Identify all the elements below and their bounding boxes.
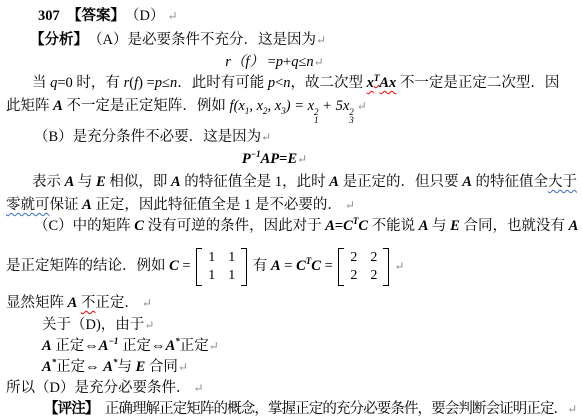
text-line: 307 【答案】 （D） ↵ [6, 6, 583, 27]
matrix-cell: 1 [208, 269, 215, 283]
text-run: 的特征值全是 1，此时 [181, 174, 330, 190]
paragraph-mark: ↵ [164, 9, 177, 23]
matrix-cell: 1 [208, 251, 215, 265]
text-run: 307 [38, 8, 60, 24]
text-run: 显然矩阵 [6, 295, 68, 311]
text-run: ≤ [162, 75, 170, 91]
text-run: A [166, 338, 176, 354]
text-run: =0 时，有 [57, 75, 123, 91]
text-line: 【评注】 正确理解正定矩阵的概念，掌握正定的充分必要条件，要会判断会证明正定．↵ [6, 399, 583, 418]
text-run: AP [261, 151, 280, 167]
text-run: E [450, 218, 460, 234]
paragraph-mark: ↵ [190, 381, 203, 395]
text-run: 不一定是正定矩阵．例如 [63, 98, 230, 114]
text-run: 不能说 [368, 218, 419, 234]
text-line: r（f） =p+q≤n↵ [6, 52, 583, 73]
matrix-cell: 2 [370, 269, 377, 283]
text-run: 零就可 [6, 197, 50, 213]
paragraph-mark: ↵ [297, 152, 307, 166]
text-line: 【分析】 （A）是必要条件不充分．这是因为↵ [6, 30, 583, 51]
text-line: 此矩阵 A 不一定是正定矩阵．例如 f(x1, x2, x3) = x21 + … [6, 96, 583, 117]
text-run: x [367, 75, 374, 91]
text-run: A [419, 218, 429, 234]
text-run: 与 [117, 359, 135, 375]
text-run: = [264, 54, 276, 70]
text-run: A [53, 98, 63, 114]
text-run: 【评注】 [44, 401, 91, 417]
text-line: 是正定矩阵的结论．例如 C = 1111 有 A = CTC = 2222 ↵ [6, 242, 583, 290]
text-run: A [103, 359, 113, 375]
text-run: A [462, 174, 472, 190]
text-run: Ax [379, 75, 396, 91]
matrix-cell: 2 [350, 251, 357, 265]
text-run: 正定，因此特征值全是 1 是不必要的． [92, 197, 342, 213]
text-line: 所以（D）是充分必要条件． ↵ [6, 378, 583, 399]
text-line: 表示 A 与 E 相似，即 A 的特征值全是 1，此时 A 是正定的．但只要 A… [6, 172, 583, 193]
text-run: （C）中的矩阵 [34, 218, 134, 234]
text-run: 【分析】 [30, 32, 81, 48]
matrix-cell: 2 [370, 251, 377, 265]
text-run: = [179, 258, 194, 274]
matrix: 1111 [196, 248, 247, 286]
text-run: A [271, 258, 281, 274]
text-run: , [268, 98, 275, 114]
text-run: 合同 [145, 359, 178, 375]
text-run: A [171, 174, 181, 190]
text-run: A [569, 218, 579, 234]
text-run: 与 [74, 174, 96, 190]
matrix-cell: 2 [350, 269, 357, 283]
document-page: 307 【答案】 （D） ↵【分析】 （A）是必要条件不充分．这是因为↵r（f）… [0, 0, 583, 418]
text-run: = [321, 258, 336, 274]
text-run: 表示 [32, 174, 65, 190]
text-run: 所以（D）是充分必要条件． [6, 380, 190, 396]
text-run: p [155, 75, 162, 91]
text-run: 正确理解正定矩阵的概念，掌握正定的充分必要条件，要会判断会证明正定． [91, 401, 567, 417]
text-line: （C）中的矩阵 C 没有可逆的条件，因此对于 A=CTC 不能说 A 与 E 合… [6, 216, 583, 237]
text-run: E [136, 359, 146, 375]
text-run: （D） [118, 8, 165, 24]
matrix-cell: 1 [228, 269, 235, 283]
text-run: 正定⇔ [118, 338, 165, 354]
text-run: C [311, 258, 321, 274]
paragraph-mark: ↵ [144, 318, 154, 332]
document-body: 307 【答案】 （D） ↵【分析】 （A）是必要条件不充分．这是因为↵r（f）… [6, 6, 583, 418]
text-run: 大于 [548, 174, 577, 190]
text-run: A [325, 218, 335, 234]
text-run: + [283, 54, 291, 70]
text-run: C [169, 258, 179, 274]
text-run: n [283, 75, 290, 91]
text-run: 正定⇔ [52, 338, 99, 354]
text-run: 是正定的．但只要 [339, 174, 462, 190]
text-line: 当 q=0 时，有 r(f) =p≤n．此时有可能 p<n，故二次型 xTAx … [6, 73, 583, 94]
text-run: A [68, 295, 78, 311]
text-run: n [306, 54, 313, 70]
text-line: A 正定⇔A−1 正定⇔A*正定↵ [6, 336, 583, 357]
text-run: 正定 [180, 338, 209, 354]
paragraph-mark: ↵ [354, 99, 367, 113]
paragraph-mark: ↵ [391, 259, 404, 273]
text-run: ．此时有可能 [177, 75, 268, 91]
text-run: P [242, 151, 251, 167]
text-run: p [268, 75, 275, 91]
text-run: C [296, 258, 306, 274]
text-run: = [335, 218, 343, 234]
matrix-right-bracket [383, 248, 389, 286]
text-run: = [281, 258, 296, 274]
text-run: A [42, 338, 52, 354]
paragraph-mark: ↵ [178, 360, 188, 374]
text-run: 当 [32, 75, 50, 91]
paragraph-mark: ↵ [261, 130, 271, 144]
text-run: A [42, 359, 52, 375]
text-run: 【答案】 [74, 8, 118, 24]
text-run: 正定． [95, 295, 139, 311]
text-run: 合同，也就没有 [460, 218, 569, 234]
text-run: 的特征值全 [472, 174, 548, 190]
text-run: 没有可逆的条件，因此对于 [144, 218, 325, 234]
text-run: 是正定矩阵的结论．例如 [6, 258, 169, 274]
text-run: + 5 [319, 98, 343, 114]
text-run: E [96, 174, 106, 190]
text-run: C [343, 218, 353, 234]
text-line: （B）是充分条件不必要．这是因为↵ [6, 127, 583, 148]
text-run: E [287, 151, 297, 167]
text-run: ，故二次型 [291, 75, 367, 91]
text-run: −1 [108, 336, 118, 346]
text-run: A [65, 174, 75, 190]
paragraph-mark: ↵ [567, 402, 576, 416]
text-run: （B）是充分条件不必要．这是因为 [34, 129, 261, 145]
text-run: , [249, 98, 256, 114]
text-run: 保证 [50, 197, 83, 213]
text-run: 此矩阵 [6, 98, 53, 114]
paragraph-mark: ↵ [314, 55, 324, 69]
text-run: （f） [231, 54, 264, 70]
text-run: ) = [138, 75, 155, 91]
text-run: 与 [428, 218, 450, 234]
text-run: 正定⇔ [56, 359, 103, 375]
matrix: 2222 [338, 248, 389, 286]
text-run: 不 [81, 295, 96, 311]
text-run: p [276, 54, 283, 70]
text-line: 显然矩阵 A 不正定． ↵ [6, 293, 583, 314]
paragraph-mark: ↵ [209, 339, 219, 353]
text-line: A*正定⇔ A*与 E 合同↵ [6, 357, 583, 378]
text-run: 关于（D)，由于 [42, 317, 144, 333]
text-run: 不一定是正定二次型．因 [396, 75, 559, 91]
paragraph-mark: ↵ [316, 33, 326, 47]
matrix-cell: 1 [228, 251, 235, 265]
text-line: 关于（D)，由于↵ [6, 315, 583, 336]
subscript: 1 [314, 116, 319, 124]
text-run: ) = [286, 98, 308, 114]
text-run: 有 [249, 258, 271, 274]
matrix-entries: 1111 [202, 248, 241, 286]
text-line: P−1AP=E↵ [6, 149, 583, 170]
matrix-right-bracket [241, 248, 247, 286]
subscript: 3 [349, 116, 354, 124]
text-run: C [358, 218, 368, 234]
text-run: A [329, 174, 339, 190]
text-run: 相似，即 [106, 174, 171, 190]
text-run: A [82, 197, 92, 213]
text-run: C [134, 218, 144, 234]
paragraph-mark: ↵ [139, 296, 152, 310]
text-run: −1 [251, 149, 261, 159]
matrix-entries: 2222 [344, 248, 383, 286]
text-run [60, 8, 75, 24]
text-run: （A）是必要条件不充分．这是因为 [81, 32, 316, 48]
text-line: 零就可保证 A 正定，因此特征值全是 1 是不必要的． ↵ [6, 195, 583, 216]
paragraph-mark: ↵ [342, 198, 355, 212]
